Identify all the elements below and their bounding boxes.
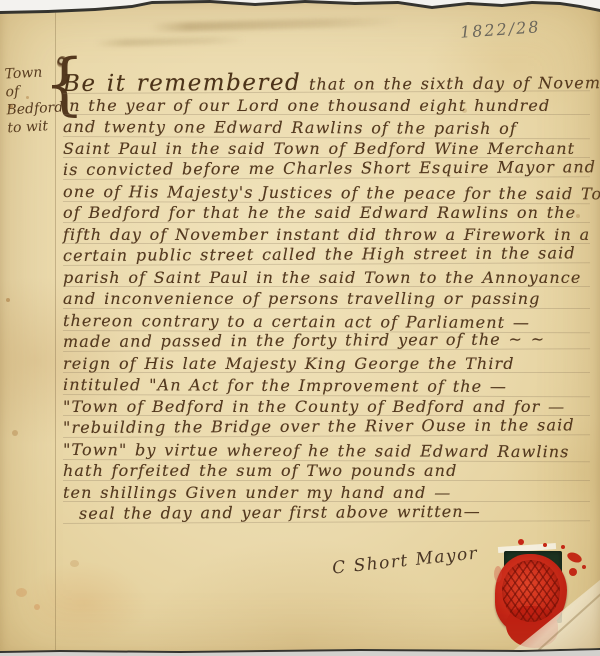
manuscript-line: of Bedford for that he the said Edward R…	[63, 201, 590, 223]
manuscript-line: and twenty one Edward Rawlins of the par…	[63, 115, 590, 139]
manuscript-line: made and passed in the forty third year …	[63, 327, 590, 351]
opening-rest: that on the sixth day of November	[309, 73, 600, 94]
manuscript-line: and inconvenience of persons travelling …	[63, 287, 590, 309]
stain	[12, 430, 18, 436]
manuscript-line: "Town" by virtue whereof he the said Edw…	[63, 438, 590, 462]
wax-droplet	[543, 543, 547, 547]
manuscript-line: parish of Saint Paul in the said Town to…	[63, 266, 590, 288]
manuscript-body: Be it remembered that on the sixth day o…	[63, 72, 590, 524]
stain	[34, 604, 40, 610]
stain	[16, 588, 27, 597]
wax-droplet	[561, 545, 565, 549]
opening-phrase: Be it remembered	[63, 70, 301, 97]
manuscript-line: seal the day and year first above writte…	[63, 499, 590, 523]
wax-droplet	[566, 550, 583, 566]
manuscript-line: hath forfeited the sum of Two pounds and	[63, 459, 590, 481]
wax-droplet	[569, 568, 577, 576]
wax-droplet	[582, 565, 586, 569]
wax-droplet	[518, 539, 524, 545]
stain	[70, 560, 79, 567]
manuscript-line: "rebuilding the Bridge over the River Ou…	[63, 413, 590, 437]
scanned-document: 1822/28 Town of Bedford to wit { Be it r…	[0, 0, 600, 656]
manuscript-line: in the year of our Lord one thousand eig…	[63, 94, 590, 116]
archive-reference: 1822/28	[459, 17, 541, 42]
wax-smudge	[494, 566, 502, 582]
mayor-signature: C Short Mayor	[331, 543, 479, 578]
manuscript-line: intituled "An Act for the Improvement of…	[63, 373, 590, 397]
manuscript-line: reign of His late Majesty King George th…	[63, 352, 590, 374]
wax-seal-crosshatch	[502, 560, 560, 622]
show-through-mark	[95, 36, 245, 47]
manuscript-line: Be it remembered that on the sixth day o…	[63, 69, 590, 93]
manuscript-line: one of His Majesty's Justices of the pea…	[63, 180, 590, 204]
manuscript-line: is convicted before me Charles Short Esq…	[63, 155, 590, 179]
stain	[6, 298, 10, 302]
manuscript-line: certain public street called the High st…	[63, 241, 590, 265]
show-through-mark	[150, 17, 400, 33]
manuscript-paper: 1822/28 Town of Bedford to wit { Be it r…	[0, 0, 600, 656]
